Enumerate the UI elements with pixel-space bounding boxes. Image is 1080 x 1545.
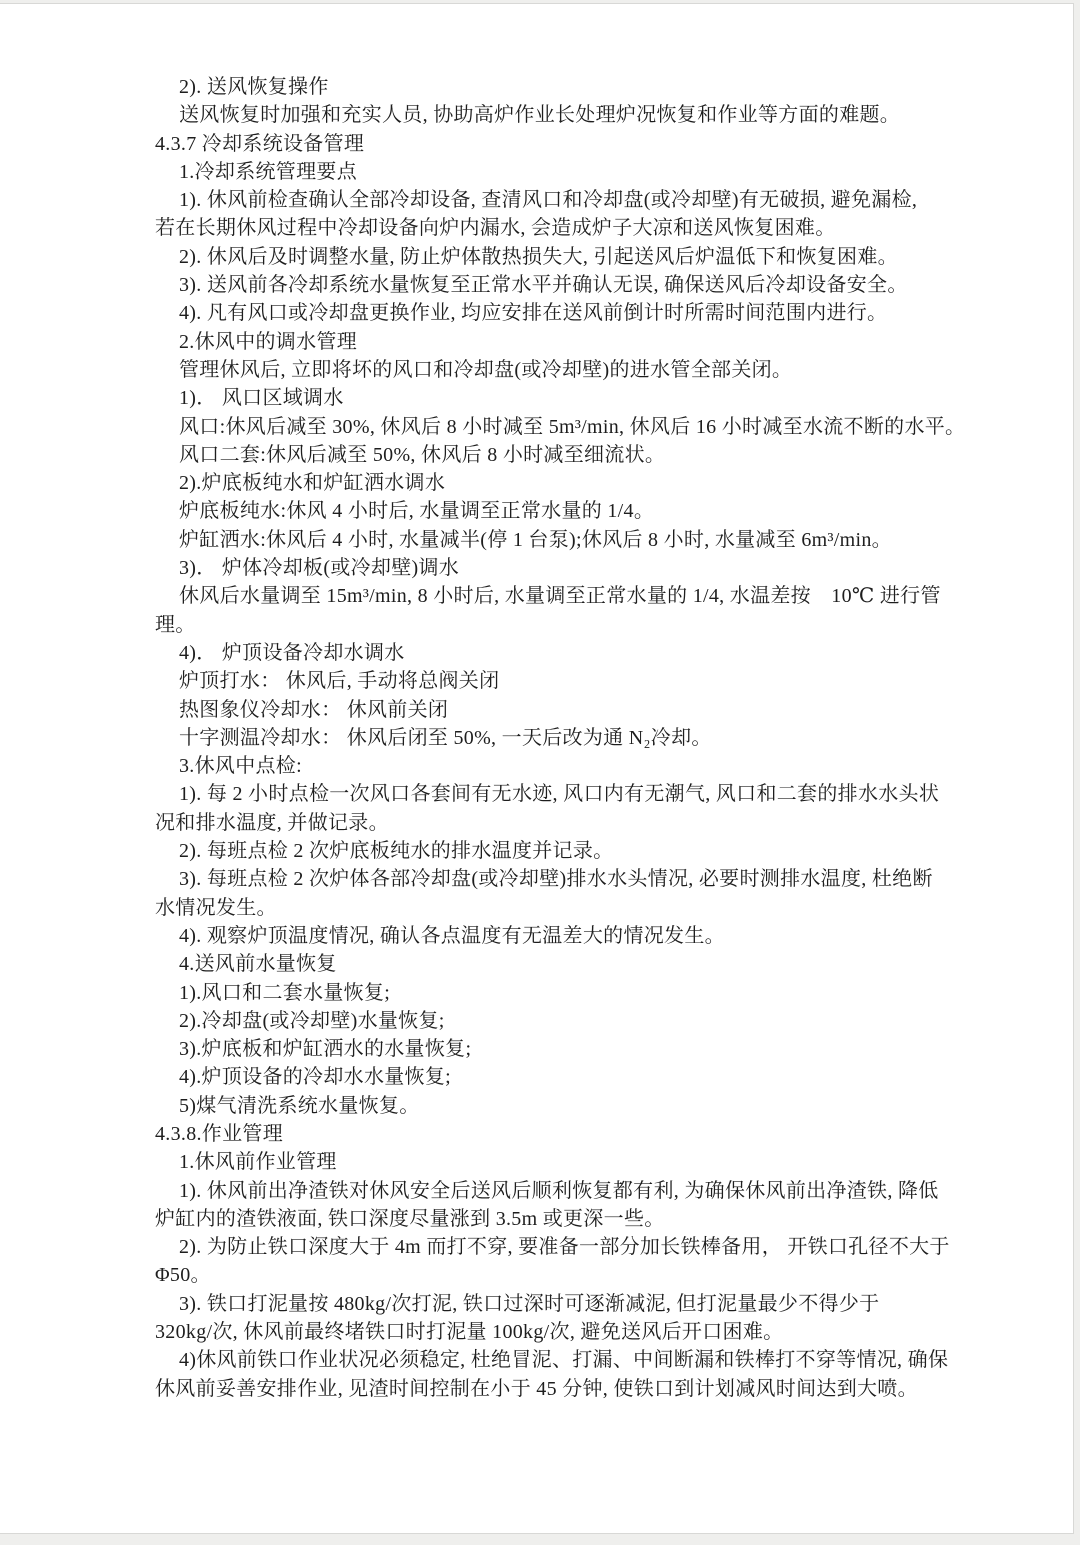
text-line: 十字测温冷却水： 休风后闭至 50%, 一天后改为通 N₂冷却。 bbox=[155, 724, 955, 752]
text-line: 2). 为防止铁口深度大于 4m 而打不穿, 要准备一部分加长铁棒备用， 开铁口… bbox=[155, 1233, 955, 1261]
text-line: 3.休风中点检: bbox=[155, 752, 955, 780]
text-line: 2).炉底板纯水和炉缸洒水调水 bbox=[155, 469, 955, 497]
text-line: 炉缸内的渣铁液面, 铁口深度尽量涨到 3.5m 或更深一些。 bbox=[155, 1205, 955, 1233]
text-line: 4.3.8.作业管理 bbox=[155, 1120, 955, 1148]
document-page: 2). 送风恢复操作送风恢复时加强和充实人员, 协助高炉作业长处理炉况恢复和作业… bbox=[0, 3, 1074, 1534]
text-line: 1.冷却系统管理要点 bbox=[155, 158, 955, 186]
text-line: 风口二套:休风后减至 50%, 休风后 8 小时减至细流状。 bbox=[155, 441, 955, 469]
text-line: 水情况发生。 bbox=[155, 894, 955, 922]
text-line: 热图象仪冷却水： 休风前关闭 bbox=[155, 696, 955, 724]
text-line: 4). 观察炉顶温度情况, 确认各点温度有无温差大的情况发生。 bbox=[155, 922, 955, 950]
text-line: 1)． 风口区域调水 bbox=[155, 384, 955, 412]
text-line: 休风后水量调至 15m³/min, 8 小时后, 水量调至正常水量的 1/4, … bbox=[155, 582, 955, 610]
text-line: 4.送风前水量恢复 bbox=[155, 950, 955, 978]
text-line: 5)煤气清洗系统水量恢复。 bbox=[155, 1092, 955, 1120]
text-line: 休风前妥善安排作业, 见渣时间控制在小于 45 分钟, 使铁口到计划减风时间达到… bbox=[155, 1375, 955, 1403]
text-line: 3)． 炉体冷却板(或冷却壁)调水 bbox=[155, 554, 955, 582]
text-line: 炉顶打水： 休风后, 手动将总阀关闭 bbox=[155, 667, 955, 695]
text-line: 1). 每 2 小时点检一次风口各套间有无水迹, 风口内有无潮气, 风口和二套的… bbox=[155, 780, 955, 808]
text-line: 1).风口和二套水量恢复; bbox=[155, 979, 955, 1007]
text-line: 4)休风前铁口作业状况必须稳定, 杜绝冒泥、打漏、中间断漏和铁棒打不穿等情况, … bbox=[155, 1346, 955, 1374]
text-line: 送风恢复时加强和充实人员, 协助高炉作业长处理炉况恢复和作业等方面的难题。 bbox=[155, 101, 955, 129]
text-line: 理。 bbox=[155, 611, 955, 639]
text-line: 3). 送风前各冷却系统水量恢复至正常水平并确认无误, 确保送风后冷却设备安全。 bbox=[155, 271, 955, 299]
text-line: 2). 送风恢复操作 bbox=[155, 73, 955, 101]
text-line: 2). 每班点检 2 次炉底板纯水的排水温度并记录。 bbox=[155, 837, 955, 865]
text-line: 1.休风前作业管理 bbox=[155, 1148, 955, 1176]
text-line: 4.3.7 冷却系统设备管理 bbox=[155, 130, 955, 158]
text-line: 4)． 炉顶设备冷却水调水 bbox=[155, 639, 955, 667]
document-body: 2). 送风恢复操作送风恢复时加强和充实人员, 协助高炉作业长处理炉况恢复和作业… bbox=[155, 73, 955, 1403]
text-line: 2). 休风后及时调整水量, 防止炉体散热损失大, 引起送风后炉温低下和恢复困难… bbox=[155, 243, 955, 271]
text-line: 3). 铁口打泥量按 480kg/次打泥, 铁口过深时可逐渐减泥, 但打泥量最少… bbox=[155, 1290, 955, 1318]
text-line: 3).炉底板和炉缸洒水的水量恢复; bbox=[155, 1035, 955, 1063]
text-line: 4).炉顶设备的冷却水水量恢复; bbox=[155, 1063, 955, 1091]
text-line: 炉缸洒水:休风后 4 小时, 水量减半(停 1 台泵);休风后 8 小时, 水量… bbox=[155, 526, 955, 554]
text-line: 若在长期休风过程中冷却设备向炉内漏水, 会造成炉子大凉和送风恢复困难。 bbox=[155, 214, 955, 242]
text-line: 2).冷却盘(或冷却壁)水量恢复; bbox=[155, 1007, 955, 1035]
text-line: 1). 休风前检查确认全部冷却设备, 查清风口和冷却盘(或冷却壁)有无破损, 避… bbox=[155, 186, 955, 214]
text-line: 炉底板纯水:休风 4 小时后, 水量调至正常水量的 1/4。 bbox=[155, 497, 955, 525]
text-line: 风口:休风后减至 30%, 休风后 8 小时减至 5m³/min, 休风后 16… bbox=[155, 413, 955, 441]
text-line: 320kg/次, 休风前最终堵铁口时打泥量 100kg/次, 避免送风后开口困难… bbox=[155, 1318, 955, 1346]
text-line: 3). 每班点检 2 次炉体各部冷却盘(或冷却壁)排水水头情况, 必要时测排水温… bbox=[155, 865, 955, 893]
text-line: 2.休风中的调水管理 bbox=[155, 328, 955, 356]
text-line: 管理休风后, 立即将坏的风口和冷却盘(或冷却壁)的进水管全部关闭。 bbox=[155, 356, 955, 384]
text-line: Φ50。 bbox=[155, 1261, 955, 1289]
text-line: 况和排水温度, 并做记录。 bbox=[155, 809, 955, 837]
text-line: 1). 休风前出净渣铁对休风安全后送风后顺利恢复都有利, 为确保休风前出净渣铁,… bbox=[155, 1177, 955, 1205]
text-line: 4). 凡有风口或冷却盘更换作业, 均应安排在送风前倒计时所需时间范围内进行。 bbox=[155, 299, 955, 327]
